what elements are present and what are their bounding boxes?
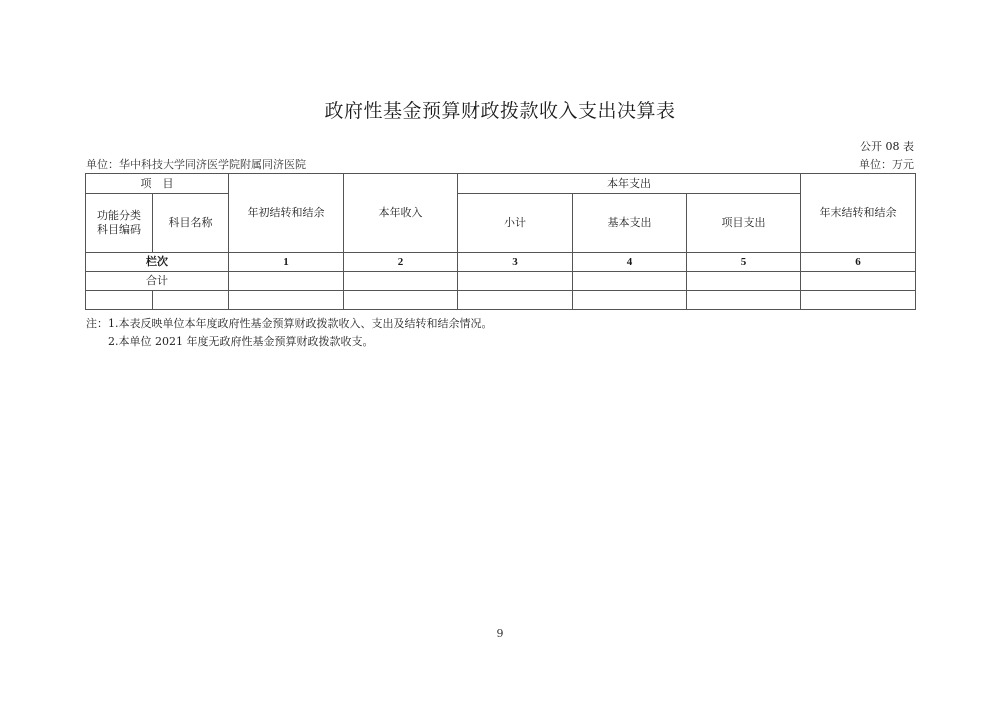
header-subject-name: 科目名称 — [153, 194, 229, 253]
header-subtotal: 小计 — [458, 194, 573, 253]
total-basic-expense — [573, 272, 687, 291]
header-item-group: 项 目 — [86, 174, 229, 194]
header-func-code-line1: 功能分类 — [86, 209, 152, 223]
header-row-1: 项 目 年初结转和结余 本年收入 本年支出 年末结转和结余 — [86, 174, 916, 194]
header-current-expense-group: 本年支出 — [458, 174, 801, 194]
header-closing-balance: 年末结转和结余 — [801, 174, 916, 253]
total-row: 合计 — [86, 272, 916, 291]
index-label: 栏次 — [86, 253, 229, 272]
index-col-3: 3 — [458, 253, 573, 272]
currency-unit: 单位：万元 — [859, 156, 914, 172]
page-title: 政府性基金预算财政拨款收入支出决算表 — [0, 96, 1000, 123]
row-basic-expense — [573, 291, 687, 310]
index-col-4: 4 — [573, 253, 687, 272]
table-row — [86, 291, 916, 310]
row-closing-balance — [801, 291, 916, 310]
index-col-6: 6 — [801, 253, 916, 272]
index-col-1: 1 — [229, 253, 344, 272]
reporting-unit: 单位：华中科技大学同济医学院附属同济医院 — [86, 156, 306, 172]
header-func-code: 功能分类 科目编码 — [86, 194, 153, 253]
index-col-5: 5 — [687, 253, 801, 272]
row-subject-name — [153, 291, 229, 310]
note-2: 2.本单位 2021 年度无政府性基金预算财政拨款收支。 — [86, 333, 493, 351]
header-current-income: 本年收入 — [344, 174, 458, 253]
row-opening-balance — [229, 291, 344, 310]
row-func-code — [86, 291, 153, 310]
index-col-2: 2 — [344, 253, 458, 272]
header-row-2: 功能分类 科目编码 科目名称 小计 基本支出 项目支出 — [86, 194, 916, 253]
total-subtotal — [458, 272, 573, 291]
form-code: 公开 08 表 — [860, 138, 914, 154]
page-number: 9 — [0, 627, 1000, 640]
row-subtotal — [458, 291, 573, 310]
header-opening-balance: 年初结转和结余 — [229, 174, 344, 253]
total-project-expense — [687, 272, 801, 291]
budget-table: 项 目 年初结转和结余 本年收入 本年支出 年末结转和结余 功能分类 科目编码 … — [85, 173, 916, 310]
total-opening-balance — [229, 272, 344, 291]
header-func-code-line2: 科目编码 — [86, 223, 152, 237]
row-current-income — [344, 291, 458, 310]
total-closing-balance — [801, 272, 916, 291]
notes: 注：1.本表反映单位本年度政府性基金预算财政拨款收入、支出及结转和结余情况。 2… — [86, 315, 493, 351]
index-row: 栏次 1 2 3 4 5 6 — [86, 253, 916, 272]
header-project-expense: 项目支出 — [687, 194, 801, 253]
total-label: 合计 — [86, 272, 229, 291]
row-project-expense — [687, 291, 801, 310]
note-1: 注：1.本表反映单位本年度政府性基金预算财政拨款收入、支出及结转和结余情况。 — [86, 315, 493, 333]
header-basic-expense: 基本支出 — [573, 194, 687, 253]
total-current-income — [344, 272, 458, 291]
